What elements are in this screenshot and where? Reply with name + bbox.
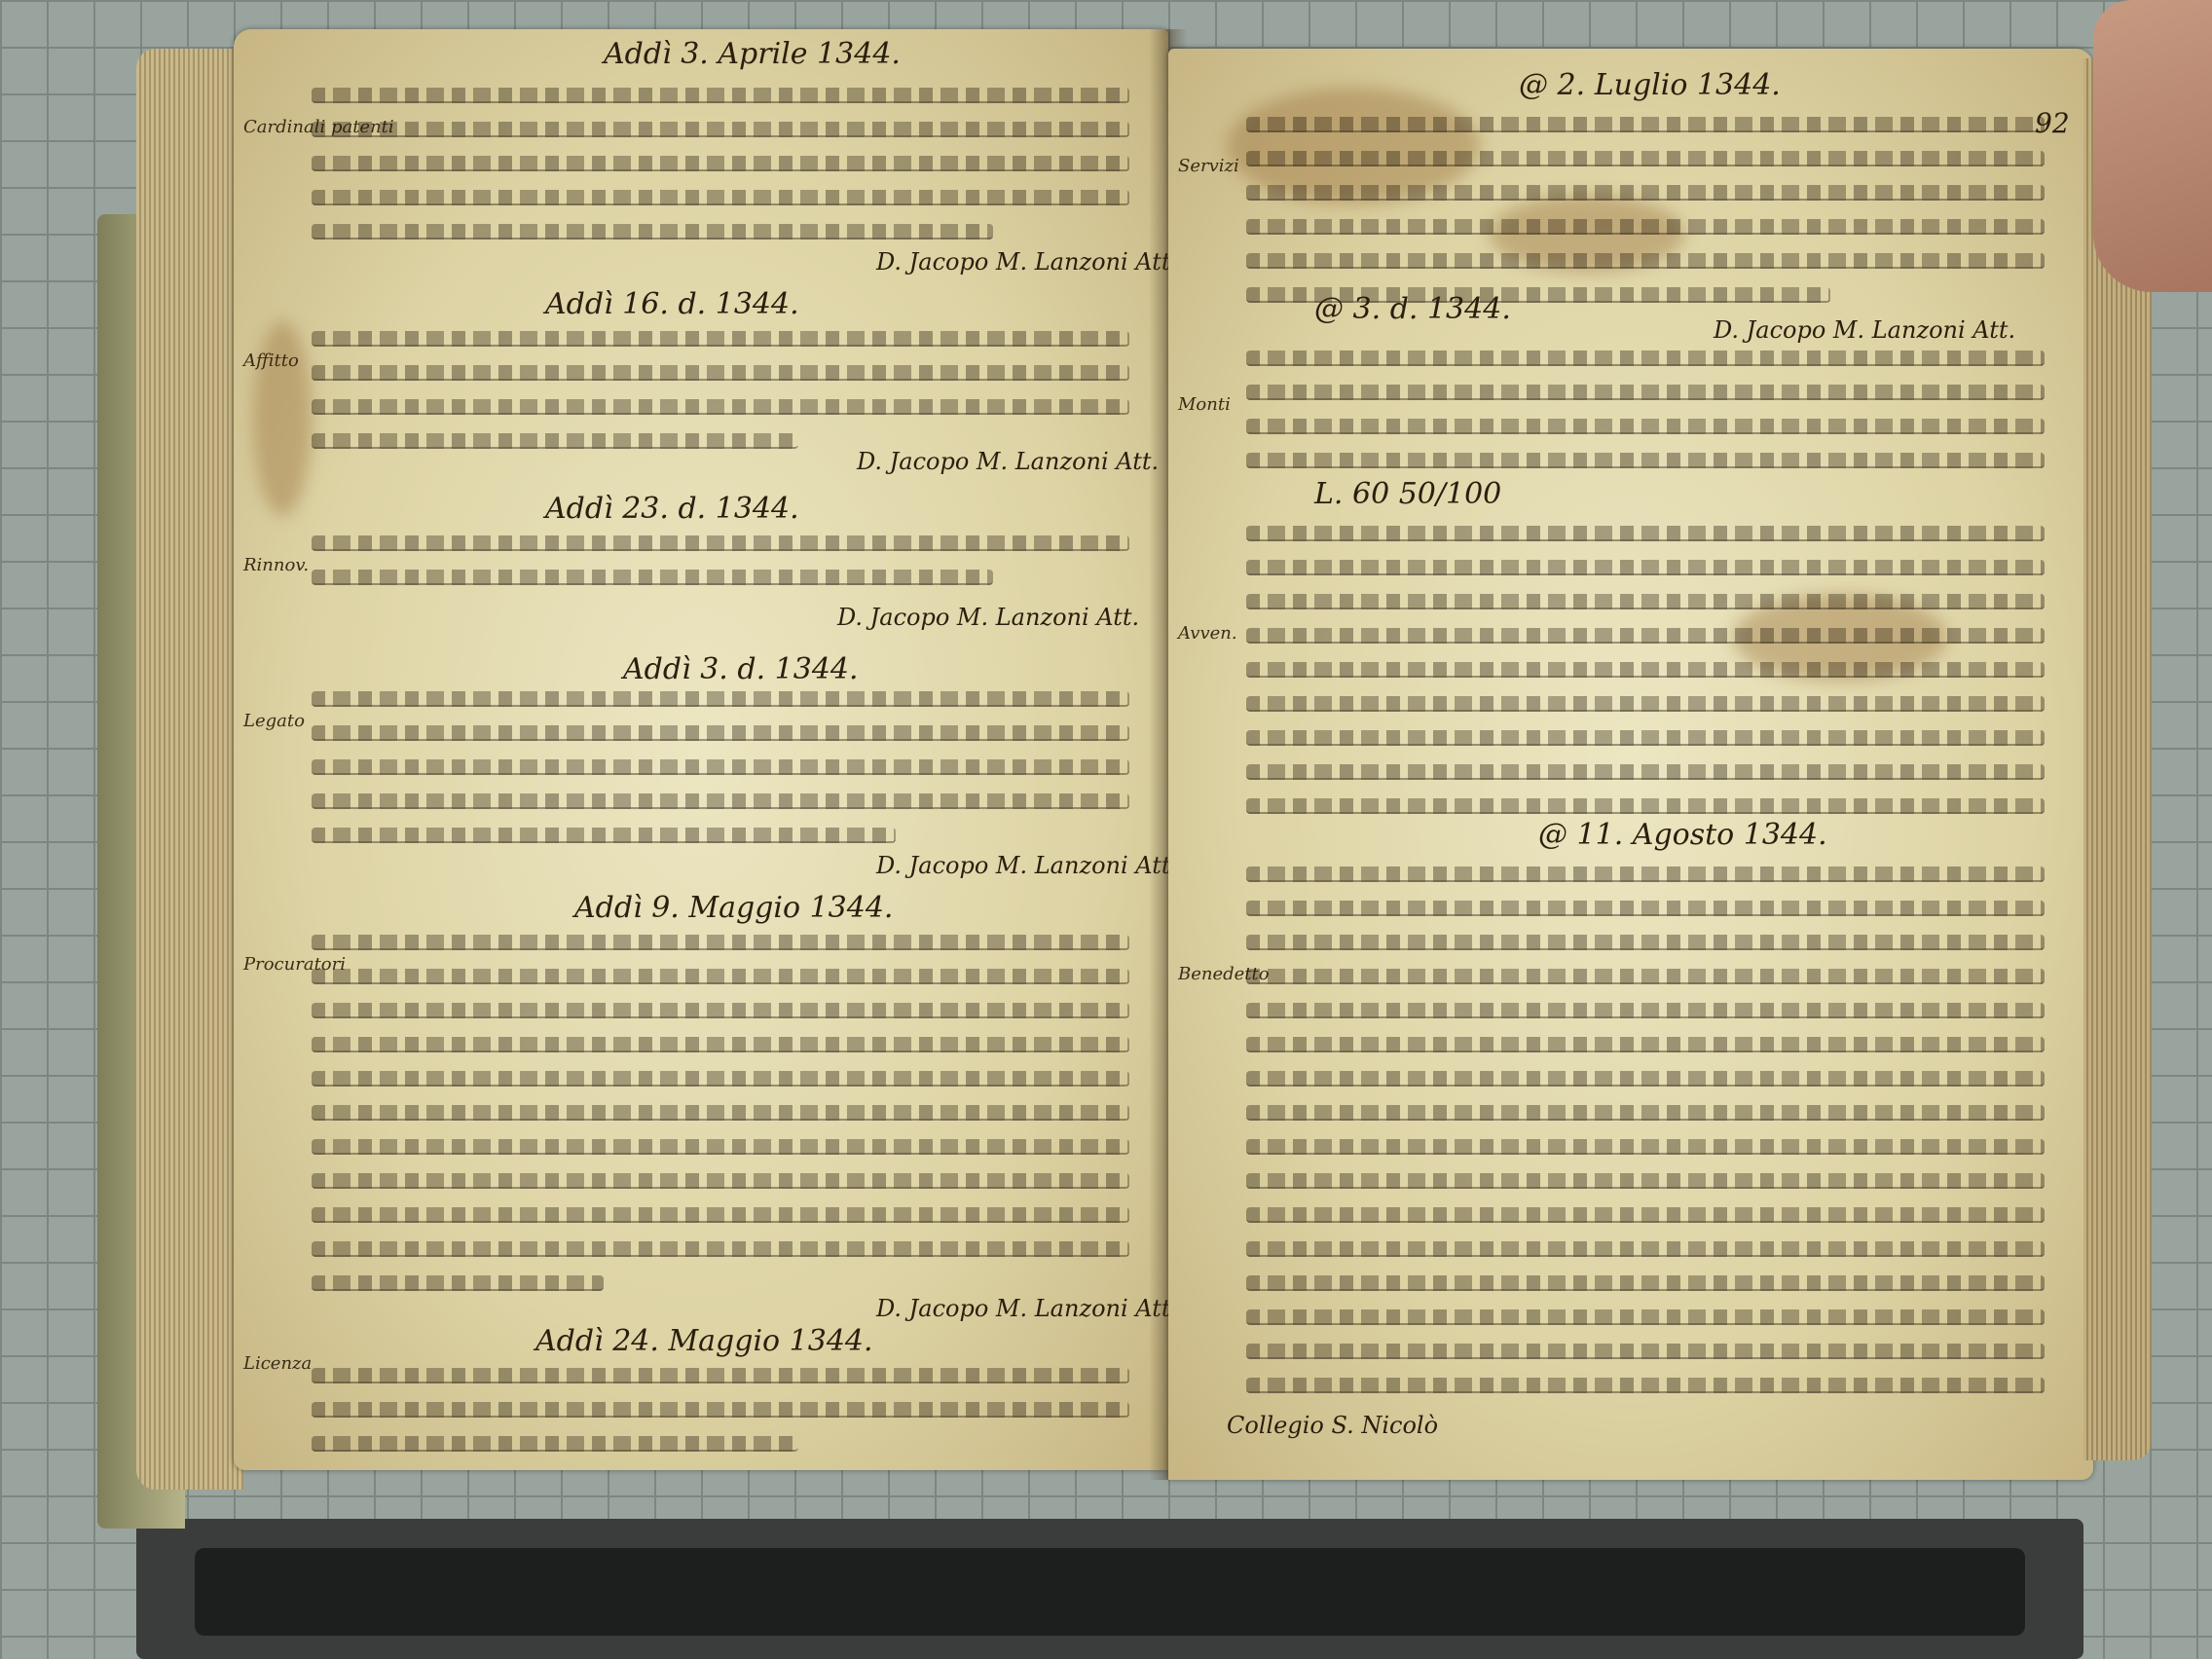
entry-heading: L. 60 50/100 (1314, 477, 1501, 511)
scanner-tray (136, 1519, 2083, 1659)
hand-holding-page (2093, 0, 2212, 292)
entry-heading: Addì 3. Aprile 1344. (604, 37, 901, 71)
margin-note: Monti (1178, 394, 1231, 415)
open-book: Addì 3. Aprile 1344. Cardinali patenti D… (97, 19, 2152, 1519)
margin-note: Licenza (243, 1353, 312, 1374)
entry-heading: @ 2. Luglio 1344. (1519, 68, 1781, 102)
signature: D. Jacopo M. Lanzoni Att. (876, 1295, 1178, 1322)
left-page: Addì 3. Aprile 1344. Cardinali patenti D… (234, 29, 1168, 1470)
margin-note: Rinnov. (243, 555, 309, 575)
signature: D. Jacopo M. Lanzoni Att. (876, 852, 1178, 879)
entry-heading: Addì 3. d. 1344. (623, 652, 859, 686)
signature: D. Jacopo M. Lanzoni Att. (876, 248, 1178, 276)
margin-note: Avven. (1178, 623, 1237, 644)
page-edges-left (136, 49, 243, 1490)
tray-slot (195, 1548, 2025, 1636)
signature: D. Jacopo M. Lanzoni Att. (837, 604, 1139, 631)
signature: D. Jacopo M. Lanzoni Att. (857, 448, 1159, 475)
margin-note: Servizi (1178, 156, 1239, 176)
margin-note: Affitto (243, 350, 299, 371)
entry-heading: Addì 24. Maggio 1344. (535, 1324, 873, 1358)
entry-heading: Addì 16. d. 1344. (545, 287, 799, 321)
entry-heading: Addì 9. Maggio 1344. (574, 891, 893, 925)
right-page: 92 @ 2. Luglio 1344. Servizi @ 3. d. 134… (1168, 49, 2093, 1480)
entry-heading: Addì 23. d. 1344. (545, 492, 799, 526)
signature: D. Jacopo M. Lanzoni Att. (1714, 316, 2015, 344)
margin-note: Legato (243, 711, 305, 731)
closing-line: Collegio S. Nicolò (1227, 1412, 1438, 1439)
entry-heading: @ 11. Agosto 1344. (1538, 818, 1827, 852)
entry-heading: @ 3. d. 1344. (1314, 292, 1511, 326)
